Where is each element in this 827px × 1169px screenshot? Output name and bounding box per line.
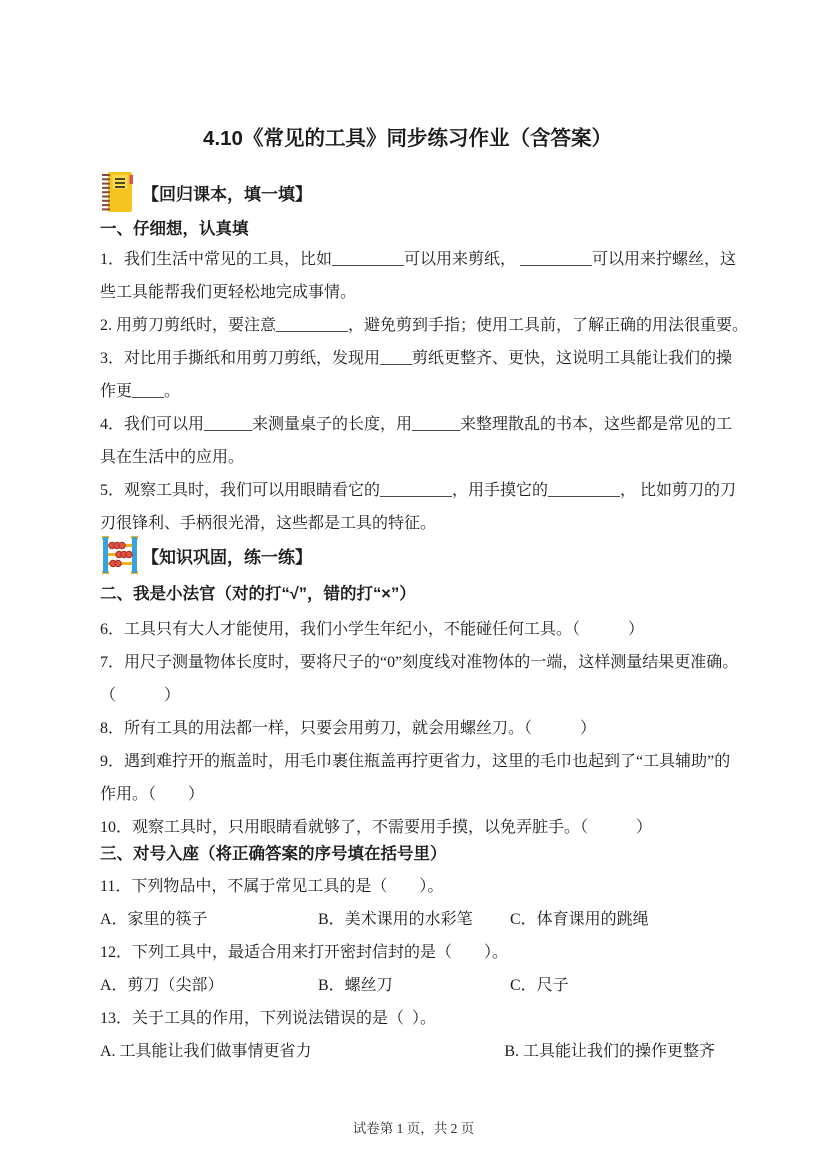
choice-question-11: 11．下列物品中，不属于常见工具的是（ ）。 [100,870,715,903]
judge-line: 8．所有工具的用法都一样，只要会用剪刀，就会用螺丝刀。（ ） [100,712,715,745]
notebook-icon [100,170,142,214]
banner-practice-label: 【知识巩固，练一练】 [142,543,312,568]
judge-line: 7．用尺子测量物体长度时，要将尺子的“0”刻度线对准物体的一端，这样测量结果更准… [100,646,715,679]
option-a: A. 工具能让我们做事情更省力 [100,1035,504,1068]
judge-line: 6．工具只有大人才能使用，我们小学生年纪小，不能碰任何工具。（ ） [100,613,715,646]
choice-question-13: 13．关于工具的作用，下列说法错误的是（ ）。 [100,1002,715,1035]
banner-review: 【回归课本，填一填】 [100,170,715,214]
option-a: A．剪刀（尖部） [100,969,318,1002]
worksheet-page: 4.10《常见的工具》同步练习作业（含答案） [0,0,827,1068]
fill-line: 些工具能帮我们更轻松地完成事情。 [100,276,715,309]
judge-line: 9．遇到难拧开的瓶盖时，用毛巾裹住瓶盖再拧更省力，这里的毛巾也起到了“工具辅助”… [100,745,715,778]
banner-review-label: 【回归课本，填一填】 [142,180,312,205]
choice-question-12: 12．下列工具中，最适合用来打开密封信封的是（ ）。 [100,936,715,969]
section-heading-2: 二、我是小法官（对的打“√”，错的打“×”） [100,582,715,606]
option-b: B. 工具能让我们的操作更整齐 [504,1035,715,1068]
fill-in-questions: 1．我们生活中常见的工具，比如_________可以用来剪纸， ________… [100,243,715,540]
choice-options-11: A．家里的筷子 B．美术课用的水彩笔 C．体育课用的跳绳 [100,903,715,936]
option-c: C．尺子 [510,969,569,1002]
fill-line: 作更____。 [100,375,715,408]
option-b: B．螺丝刀 [318,969,510,1002]
judge-line: 作用。（ ） [100,778,715,811]
judge-line: （ ） [100,679,715,712]
option-c: C．体育课用的跳绳 [510,903,649,936]
fill-line: 3．对比用手撕纸和用剪刀剪纸，发现用____剪纸更整齐、更快，这说明工具能让我们… [100,342,715,375]
fill-line: 5．观察工具时，我们可以用眼睛看它的_________，用手摸它的_______… [100,474,715,507]
fill-line: 具在生活中的应用。 [100,441,715,474]
choice-options-12: A．剪刀（尖部） B．螺丝刀 C．尺子 [100,969,715,1002]
fill-line: 4．我们可以用______来测量桌子的长度，用______来整理散乱的书本，这些… [100,408,715,441]
option-b: B．美术课用的水彩笔 [318,903,510,936]
judge-line: 10．观察工具时，只用眼睛看就够了，不需要用手摸，以免弄脏手。（ ） [100,811,715,844]
section-heading-1: 一、仔细想，认真填 [100,217,715,241]
page-footer: 试卷第 1 页，共 2 页 [0,1117,827,1137]
multiple-choice-questions: 11．下列物品中，不属于常见工具的是（ ）。 A．家里的筷子 B．美术课用的水彩… [100,870,715,1068]
fill-line: 1．我们生活中常见的工具，比如_________可以用来剪纸， ________… [100,243,715,276]
abacus-icon [100,536,142,574]
fill-line: 2. 用剪刀剪纸时，要注意_________，避免剪到手指；使用工具前，了解正确… [100,309,715,342]
choice-options-13: A. 工具能让我们做事情更省力 B. 工具能让我们的操作更整齐 [100,1035,715,1068]
true-false-questions: 6．工具只有大人才能使用，我们小学生年纪小，不能碰任何工具。（ ） 7．用尺子测… [100,613,715,844]
section-heading-3: 三、对号入座（将正确答案的序号填在括号里） [100,842,715,866]
page-title: 4.10《常见的工具》同步练习作业（含答案） [100,124,715,154]
option-a: A．家里的筷子 [100,903,318,936]
